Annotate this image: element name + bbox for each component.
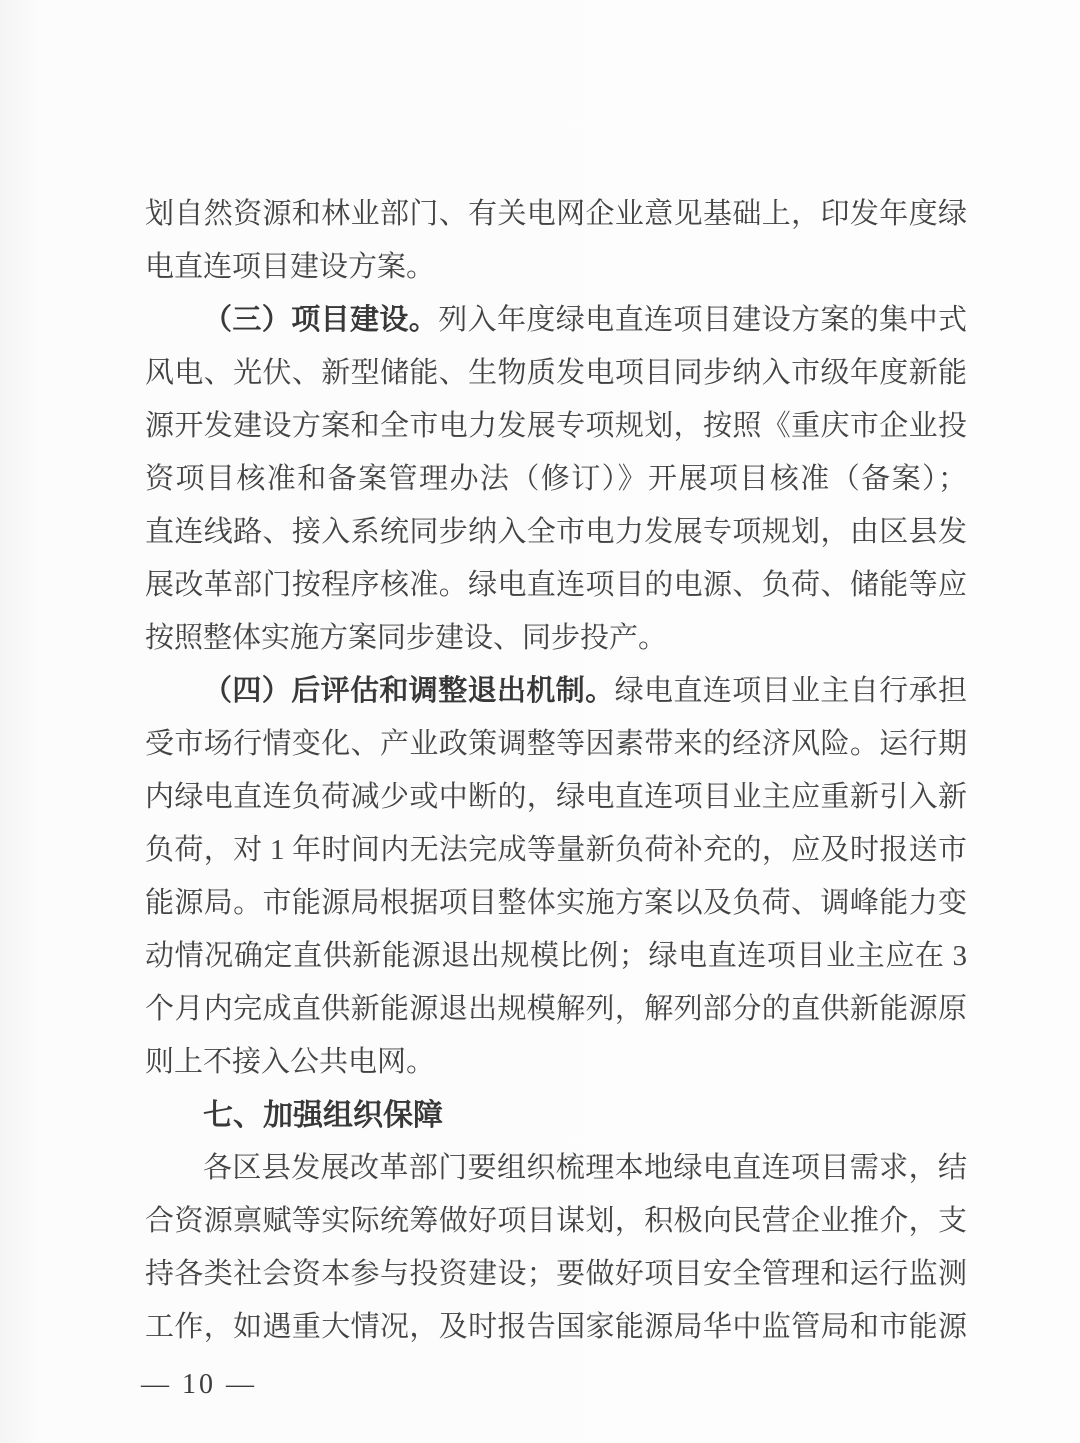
body-text-segment: 风电、光伏、新型储能、生物质发电项目同步纳入市级年度新能 [145,357,967,389]
text-line: 电直连项目建设方案。 [145,241,967,294]
body-text-segment: 持各类社会资本参与投资建设；要做好项目安全管理和运行监测 [145,1258,967,1290]
body-text-segment: 划自然资源和林业部门、有关电网企业意见基础上，印发年度绿 [145,198,967,230]
body-text-segment: 展改革部门按程序核准。绿电直连项目的电源、负荷、储能等应 [145,569,967,601]
body-text-segment: 负荷，对 1 年时间内无法完成等量新负荷补充的，应及时报送市 [145,834,967,866]
text-line: 直连线路、接入系统同步纳入全市电力发展专项规划，由区县发 [145,506,967,559]
text-line: 划自然资源和林业部门、有关电网企业意见基础上，印发年度绿 [145,188,967,241]
body-text-segment: 资项目核准和备案管理办法（修订）》开展项目核准（备案）； [145,463,967,495]
body-text-segment: 绿电直连项目业主自行承担 [615,675,967,707]
text-line: 内绿电直连负荷减少或中断的，绿电直连项目业主应重新引入新 [145,771,967,824]
body-text-segment: 工作，如遇重大情况，及时报告国家能源局华中监管局和市能源 [145,1311,967,1343]
body-text-segment: 电直连项目建设方案。 [145,251,435,283]
body-text-segment: 列入年度绿电直连项目建设方案的集中式 [438,304,967,336]
text-line: 合资源禀赋等实际统筹做好项目谋划，积极向民营企业推介，支 [145,1195,967,1248]
section-heading: 七、加强组织保障 [145,1089,967,1142]
text-line: 持各类社会资本参与投资建设；要做好项目安全管理和运行监测 [145,1248,967,1301]
body-text-segment: 内绿电直连负荷减少或中断的，绿电直连项目业主应重新引入新 [145,781,967,813]
bold-text-segment: 七、加强组织保障 [203,1099,443,1132]
body-text-segment: 源开发建设方案和全市电力发展专项规划，按照《重庆市企业投 [145,410,967,442]
text-line: 负荷，对 1 年时间内无法完成等量新负荷补充的，应及时报送市 [145,824,967,877]
text-line: 动情况确定直供新能源退出规模比例；绿电直连项目业主应在 3 [145,930,967,983]
document-body: 划自然资源和林业部门、有关电网企业意见基础上，印发年度绿电直连项目建设方案。（三… [145,188,967,1354]
body-text-segment: 直连线路、接入系统同步纳入全市电力发展专项规划，由区县发 [145,516,967,548]
body-text-segment: 合资源禀赋等实际统筹做好项目谋划，积极向民营企业推介，支 [145,1205,967,1237]
text-line: 风电、光伏、新型储能、生物质发电项目同步纳入市级年度新能 [145,347,967,400]
text-line: （四）后评估和调整退出机制。绿电直连项目业主自行承担 [145,665,967,718]
bold-text-segment: （三）项目建设。 [203,304,438,336]
text-line: 各区县发展改革部门要组织梳理本地绿电直连项目需求，结 [145,1142,967,1195]
text-line: （三）项目建设。列入年度绿电直连项目建设方案的集中式 [145,294,967,347]
text-line: 资项目核准和备案管理办法（修订）》开展项目核准（备案）； [145,453,967,506]
body-text-segment: 动情况确定直供新能源退出规模比例；绿电直连项目业主应在 3 [145,940,967,972]
bold-text-segment: （四）后评估和调整退出机制。 [203,675,615,707]
body-text-segment: 受市场行情变化、产业政策调整等因素带来的经济风险。运行期 [145,728,967,760]
body-text-segment: 能源局。市能源局根据项目整体实施方案以及负荷、调峰能力变 [145,887,967,919]
page-number: — 10 — [141,1368,257,1402]
text-line: 则上不接入公共电网。 [145,1036,967,1089]
body-text-segment: 个月内完成直供新能源退出规模解列，解列部分的直供新能源原 [145,993,967,1025]
text-line: 个月内完成直供新能源退出规模解列，解列部分的直供新能源原 [145,983,967,1036]
text-line: 能源局。市能源局根据项目整体实施方案以及负荷、调峰能力变 [145,877,967,930]
body-text-segment: 按照整体实施方案同步建设、同步投产。 [145,622,667,654]
text-line: 受市场行情变化、产业政策调整等因素带来的经济风险。运行期 [145,718,967,771]
text-line: 展改革部门按程序核准。绿电直连项目的电源、负荷、储能等应 [145,559,967,612]
text-line: 按照整体实施方案同步建设、同步投产。 [145,612,967,665]
body-text-segment: 各区县发展改革部门要组织梳理本地绿电直连项目需求，结 [203,1152,967,1184]
text-line: 源开发建设方案和全市电力发展专项规划，按照《重庆市企业投 [145,400,967,453]
body-text-segment: 则上不接入公共电网。 [145,1046,435,1078]
document-page: 划自然资源和林业部门、有关电网企业意见基础上，印发年度绿电直连项目建设方案。（三… [0,0,1080,1443]
text-line: 工作，如遇重大情况，及时报告国家能源局华中监管局和市能源 [145,1301,967,1354]
